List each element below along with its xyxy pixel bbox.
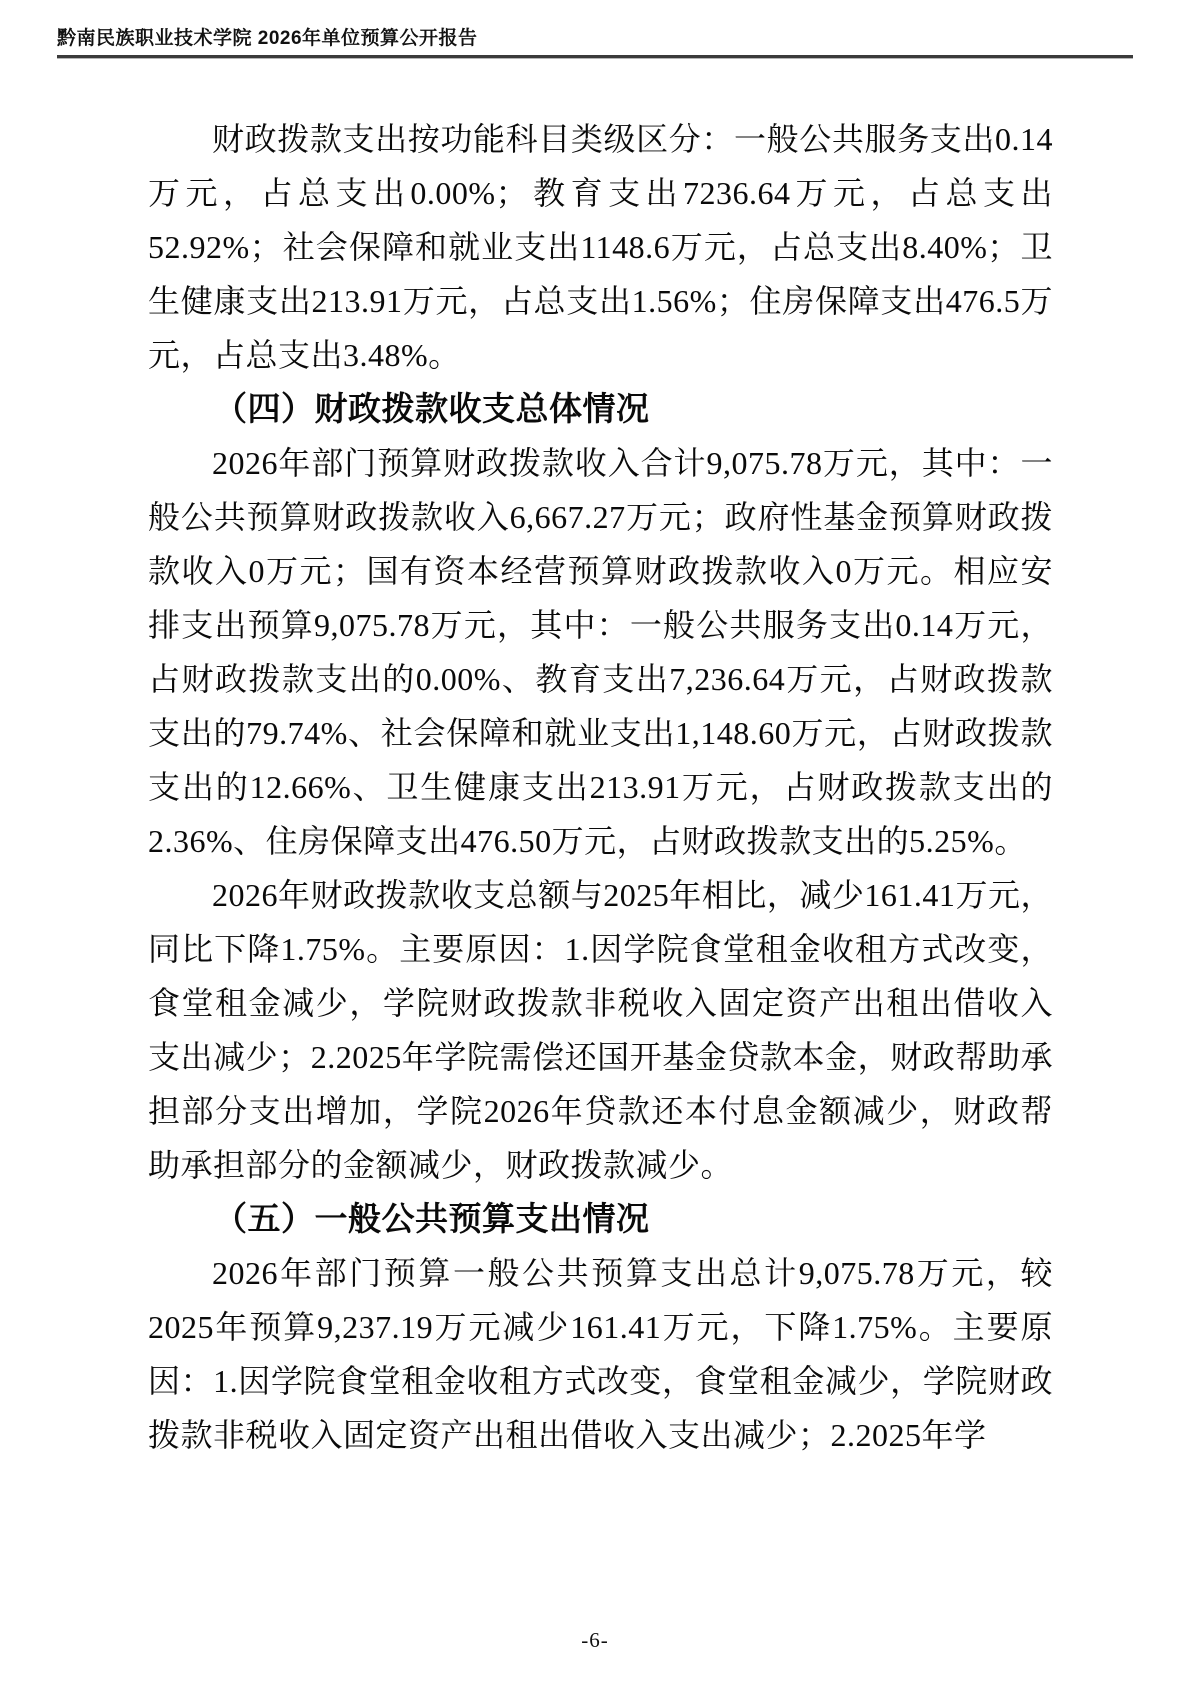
page-header: 黔南民族职业技术学院 2026年单位预算公开报告 [57, 27, 1133, 51]
document-page: 黔南民族职业技术学院 2026年单位预算公开报告 财政拨款支出按功能科目类级区分… [0, 0, 1190, 1684]
paragraph-fiscal-expenditure-by-function: 财政拨款支出按功能科目类级区分：一般公共服务支出0.14万元，占总支出0.00%… [148, 112, 1053, 382]
header-title: 黔南民族职业技术学院 2026年单位预算公开报告 [57, 27, 1133, 51]
page-number: -6- [581, 1628, 609, 1652]
document-body: 财政拨款支出按功能科目类级区分：一般公共服务支出0.14万元，占总支出0.00%… [148, 112, 1053, 1462]
section-heading-4: （四）财政拨款收支总体情况 [148, 382, 1053, 436]
page-footer: -6- [0, 1626, 1190, 1654]
paragraph-general-public-budget-expenditure: 2026年部门预算一般公共预算支出总计9,075.78万元，较2025年预算9,… [148, 1246, 1053, 1462]
paragraph-year-over-year-comparison: 2026年财政拨款收支总额与2025年相比，减少161.41万元，同比下降1.7… [148, 868, 1053, 1192]
section-heading-5: （五）一般公共预算支出情况 [148, 1192, 1053, 1246]
header-rule-divider [57, 55, 1133, 59]
paragraph-fiscal-appropriation-overview: 2026年部门预算财政拨款收入合计9,075.78万元，其中：一般公共预算财政拨… [148, 436, 1053, 868]
